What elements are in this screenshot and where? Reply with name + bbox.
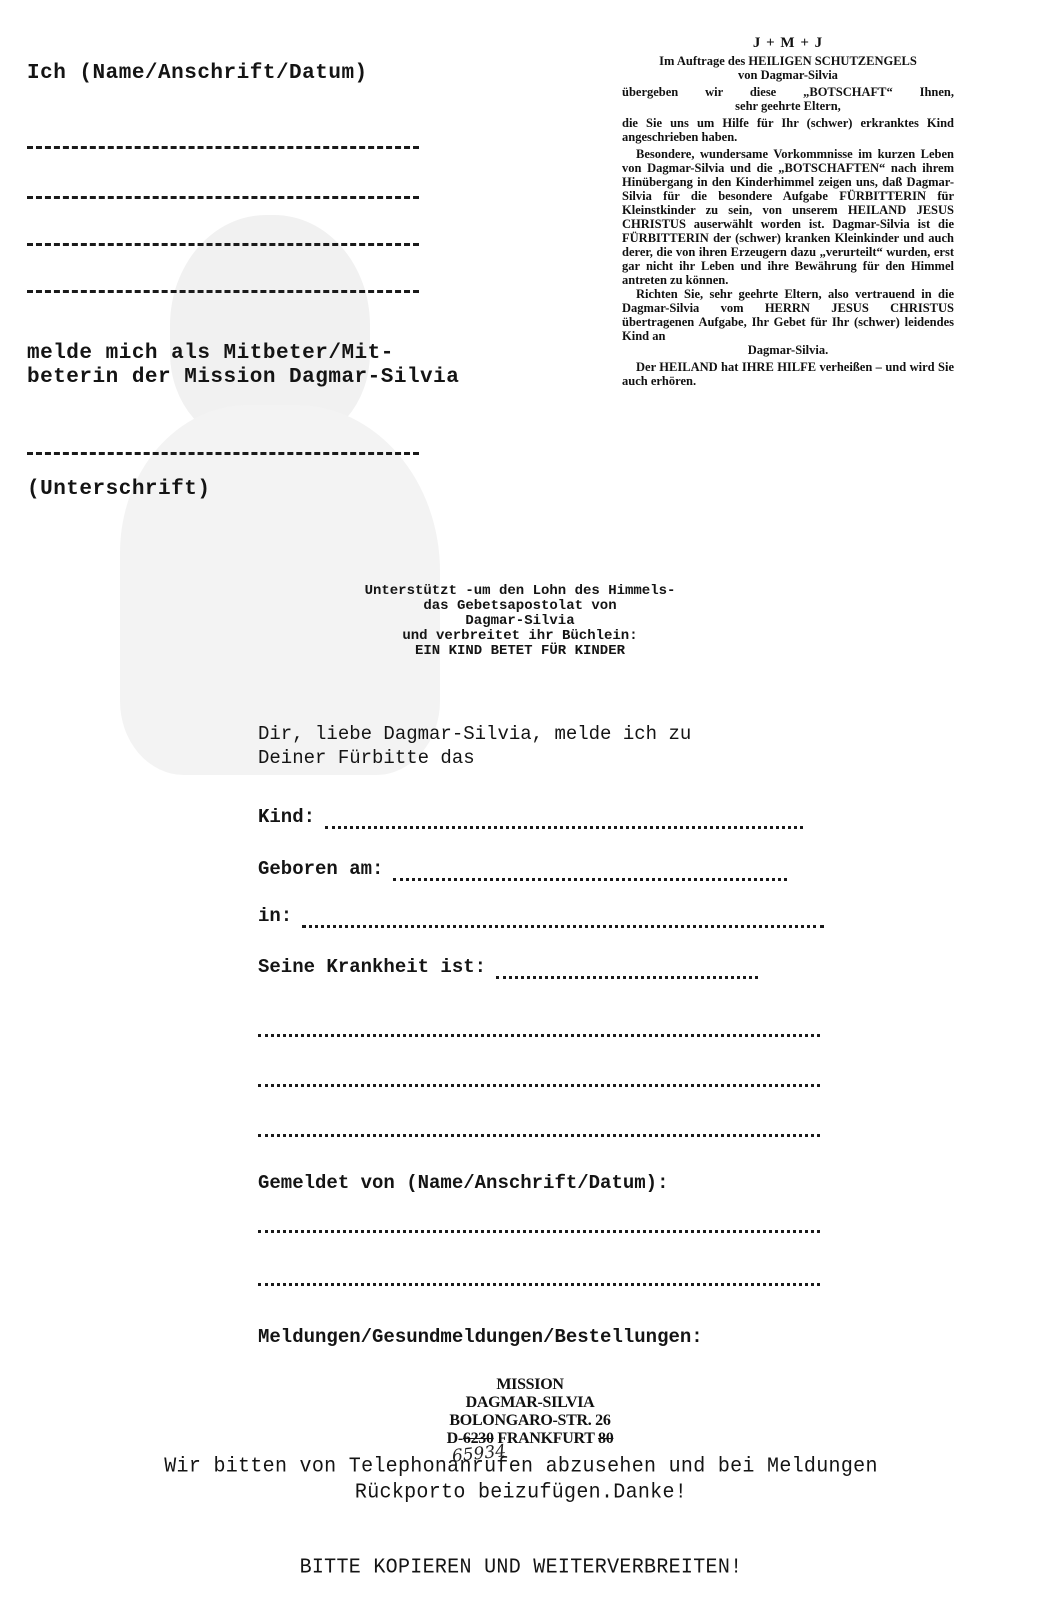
kind-input[interactable] bbox=[325, 812, 803, 829]
city-name: FRANKFURT bbox=[497, 1430, 594, 1447]
gemeldet-line-2[interactable] bbox=[258, 1271, 820, 1286]
city-prefix: D- bbox=[447, 1430, 463, 1447]
name-address-line-4[interactable] bbox=[27, 290, 419, 293]
intro-line-2: Deiner Fürbitte das bbox=[258, 746, 691, 770]
signature-label: (Unterschrift) bbox=[27, 478, 210, 502]
address-city-line: D-6230 FRANKFURT 80 bbox=[400, 1430, 660, 1448]
notice-heading-1: Im Auftrage des HEILIGEN SCHUTZENGELS bbox=[622, 54, 954, 68]
name-address-line-1[interactable] bbox=[27, 146, 419, 149]
gemeldet-field-row: Gemeldet von (Name/Anschrift/Datum): bbox=[258, 1172, 668, 1194]
registration-intro: Dir, liebe Dagmar-Silvia, melde ich zu D… bbox=[258, 722, 691, 770]
address-line-1: MISSION bbox=[400, 1376, 660, 1394]
footer-notice-line-1: Wir bitten von Telephonanrufen abzusehen… bbox=[0, 1454, 1042, 1480]
footer-notice: Wir bitten von Telephonanrufen abzusehen… bbox=[0, 1454, 1042, 1506]
name-address-line-3[interactable] bbox=[27, 243, 419, 246]
support-block: Unterstützt -um den Lohn des Himmels- da… bbox=[300, 584, 740, 659]
support-line-2: das Gebetsapostolat von bbox=[300, 599, 740, 614]
krankheit-field-row: Seine Krankheit ist: bbox=[258, 956, 758, 979]
signature-line[interactable] bbox=[27, 452, 419, 455]
notice-paragraph-4: Richten Sie, sehr geehrte Eltern, also v… bbox=[622, 287, 954, 343]
notice-paragraph-1-center: sehr geehrte Eltern, bbox=[622, 99, 954, 113]
footer-notice-line-2: Rückporto beizufügen.Danke! bbox=[0, 1480, 1042, 1506]
geboren-field-row: Geboren am: bbox=[258, 858, 787, 881]
address-line-2: DAGMAR-SILVIA bbox=[400, 1394, 660, 1412]
jmj-heading: J + M + J bbox=[622, 36, 954, 50]
notice-paragraph-3: Besondere, wundersame Vorkommnisse im ku… bbox=[622, 147, 954, 287]
notice-heading-2: von Dagmar-Silvia bbox=[622, 68, 954, 82]
intro-line-1: Dir, liebe Dagmar-Silvia, melde ich zu bbox=[258, 722, 691, 746]
krankheit-label: Seine Krankheit ist: bbox=[258, 956, 486, 978]
gemeldet-label: Gemeldet von (Name/Anschrift/Datum): bbox=[258, 1172, 668, 1194]
support-line-4: und verbreitet ihr Büchlein: bbox=[300, 629, 740, 644]
meldungen-row: Meldungen/Gesundmeldungen/Bestellungen: bbox=[258, 1326, 703, 1348]
notice-paragraph-2: die Sie uns um Hilfe für Ihr (schwer) er… bbox=[622, 116, 954, 144]
address-street: BOLONGARO-STR. 26 bbox=[400, 1412, 660, 1430]
kind-label: Kind: bbox=[258, 806, 315, 828]
gemeldet-line-1[interactable] bbox=[258, 1218, 820, 1233]
ort-label: in: bbox=[258, 905, 292, 927]
kind-field-row: Kind: bbox=[258, 806, 803, 829]
printed-notice: J + M + J Im Auftrage des HEILIGEN SCHUT… bbox=[622, 36, 954, 388]
krankheit-extra-line-2[interactable] bbox=[258, 1072, 820, 1087]
melde-text-line-1: melde mich als Mitbeter/Mit- bbox=[27, 342, 459, 366]
ort-field-row: in: bbox=[258, 905, 824, 928]
book-title: EIN KIND BETET FÜR KINDER bbox=[300, 644, 740, 659]
krankheit-input[interactable] bbox=[496, 962, 758, 979]
call-to-action: BITTE KOPIEREN UND WEITERVERBREITEN! bbox=[0, 1555, 1042, 1581]
name-address-line-2[interactable] bbox=[27, 196, 419, 199]
ich-label: Ich (Name/Anschrift/Datum) bbox=[27, 62, 368, 86]
portrait-head-shape bbox=[170, 215, 370, 445]
notice-paragraph-4-center: Dagmar-Silvia. bbox=[622, 343, 954, 357]
notice-paragraph-5: Der HEILAND hat IHRE HILFE verheißen – u… bbox=[622, 360, 954, 388]
notice-paragraph-1: übergeben wir diese „BOTSCHAFT“ Ihnen, bbox=[622, 85, 954, 99]
krankheit-extra-line-1[interactable] bbox=[258, 1022, 820, 1037]
document-page: Ich (Name/Anschrift/Datum) melde mich al… bbox=[0, 0, 1042, 1597]
melde-text: melde mich als Mitbeter/Mit- beterin der… bbox=[27, 342, 459, 390]
support-line-1: Unterstützt -um den Lohn des Himmels- bbox=[300, 584, 740, 599]
meldungen-label: Meldungen/Gesundmeldungen/Bestellungen: bbox=[258, 1326, 703, 1348]
old-district-struck: 80 bbox=[598, 1430, 613, 1447]
geboren-input[interactable] bbox=[393, 864, 787, 881]
ort-input[interactable] bbox=[302, 911, 824, 928]
melde-text-line-2: beterin der Mission Dagmar-Silvia bbox=[27, 366, 459, 390]
support-line-3: Dagmar-Silvia bbox=[300, 614, 740, 629]
mission-address: MISSION DAGMAR-SILVIA BOLONGARO-STR. 26 … bbox=[400, 1376, 660, 1448]
geboren-label: Geboren am: bbox=[258, 858, 383, 880]
krankheit-extra-line-3[interactable] bbox=[258, 1122, 820, 1137]
